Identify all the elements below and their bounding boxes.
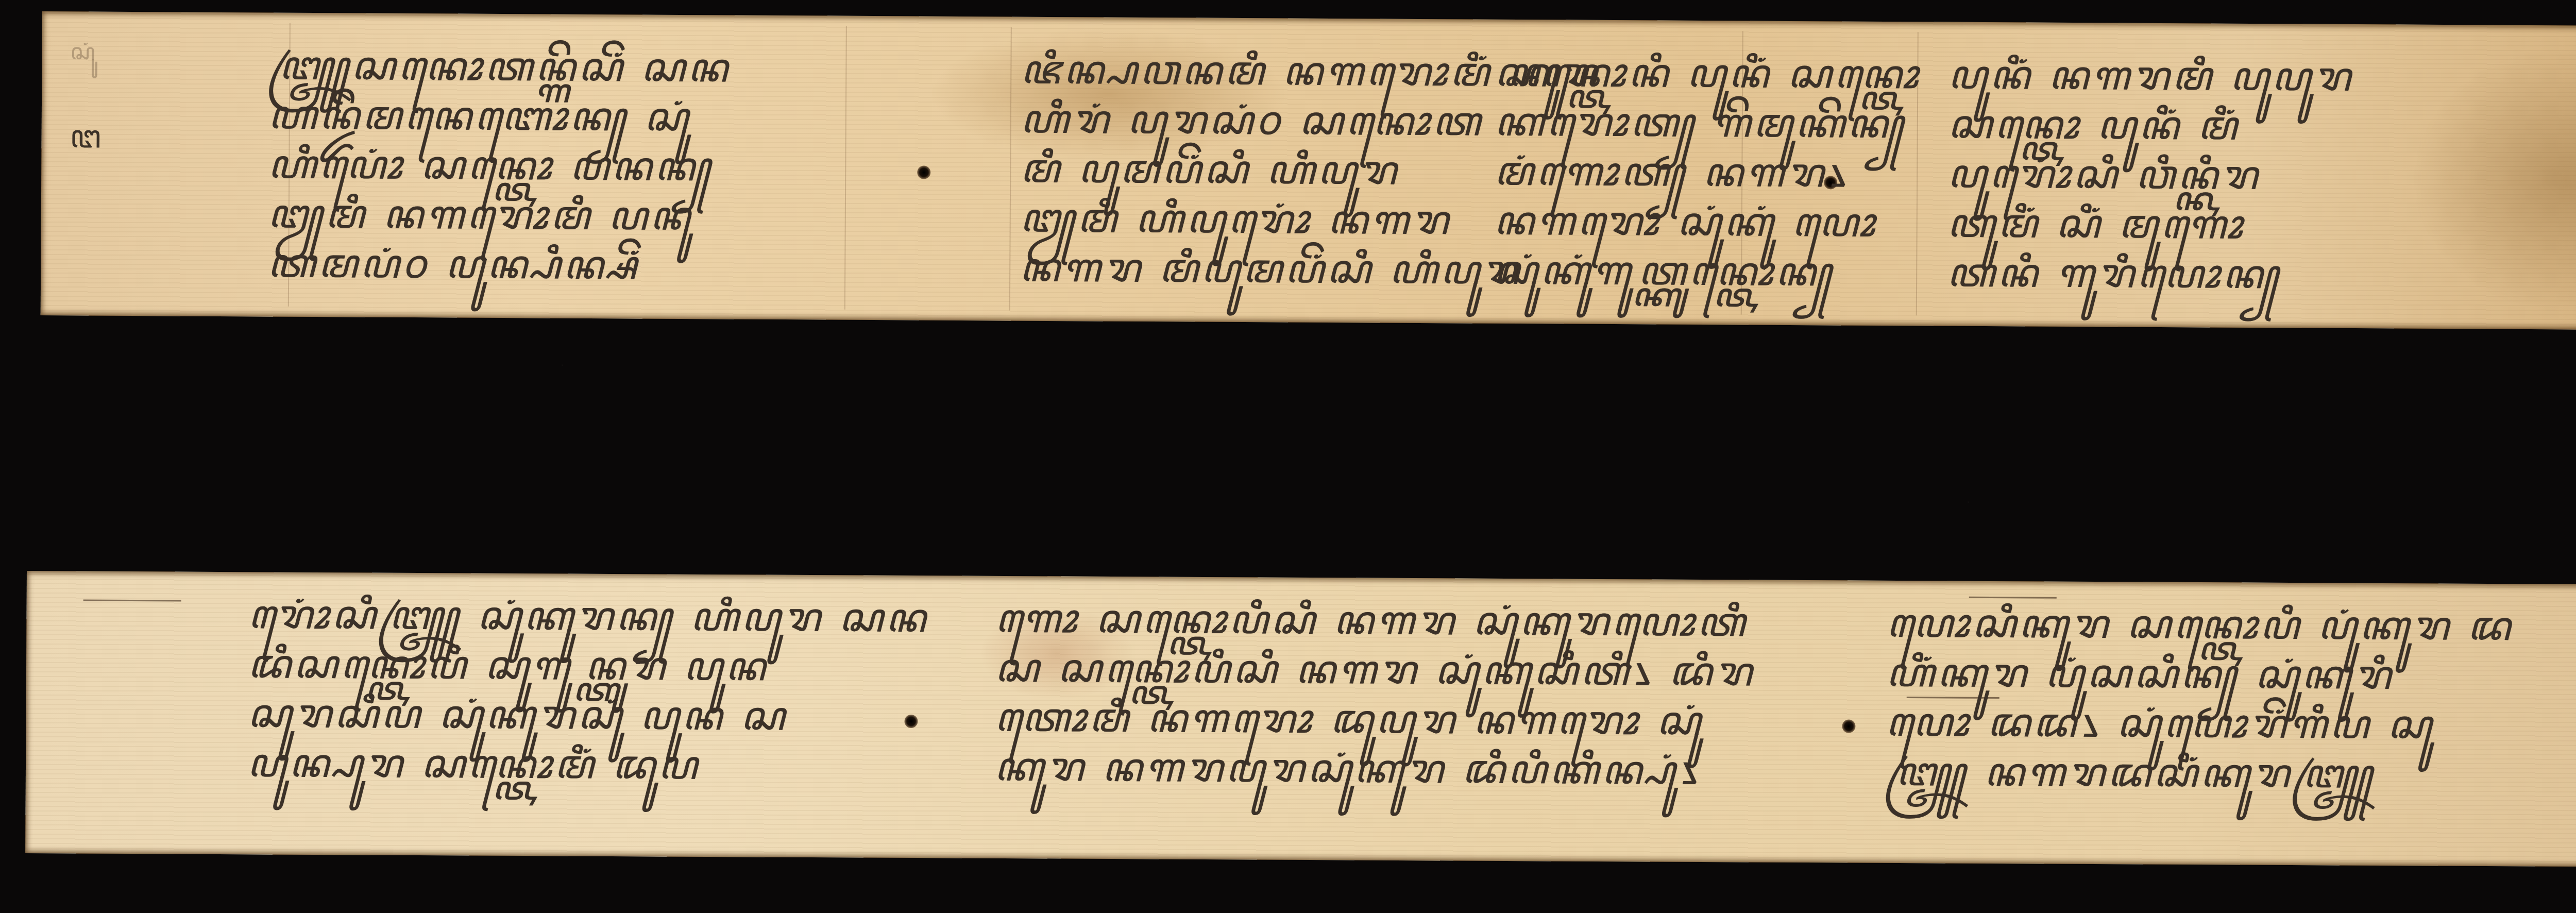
palm-leaf-bottom: ꦫꦺꦴꦁꦱꦶ꧅ ꦱꦸꦁꦏꦸꦫꦤ꧀ ꦲꦶꦥꦸꦫ ꦱꦤ ꦢꦶꦱꦤ꧀ꦠꦺꦴꦥꦶ ꦱꦸꦒ… bbox=[25, 571, 2576, 867]
script-line: ꦱꦸꦫꦱꦶꦥ ꦱꦸꦁꦏꦸꦫꦱꦸꦁ ꦥꦸꦤ ꦱ bbox=[247, 689, 928, 742]
script-line: ꦠꦩꦥꦁ꧆ ꦥꦸꦤ꧀ꦥꦶꦤ꧀ꦱꦼꦁ bbox=[267, 239, 730, 291]
script-line: ꦥꦸꦤ꧀ꦥꦸꦫ ꦱꦤ꧀ꦠꦺꦴꦩꦶꦁ ꦢꦸꦥ bbox=[247, 738, 928, 791]
script-line: ꦲꦤ꧀ꦢꦼꦩꦤꦺꦧꦺꦴꦤ꧀ ꦱꦸꦁ bbox=[268, 90, 731, 142]
leaf-number: ꦔ bbox=[70, 112, 101, 177]
text-column: ꦱꦤ꧀ꦠꦺꦴꦤꦶ ꦥꦸꦤꦶꦁ ꦱꦤ꧀ꦠꦺꦴ ꦏꦫꦺꦴꦠ꧀ ꦒꦼꦩꦸꦏꦼꦤ꧀ ꦩꦁ… bbox=[1494, 48, 1921, 298]
text-column: ꧅ꦱꦤꦺꦴꦠꦤ꧀ꦒꦼꦱꦼꦁ ꦱꦤ ꦲꦤ꧀ꦢꦼꦩꦤꦺꦧꦺꦴꦤ꧀ ꦱꦸꦁ ꦲꦶꦥꦺꦴ… bbox=[267, 41, 731, 291]
script-line: ꦲꦶꦁꦏꦸꦫ ꦥꦸꦁꦱꦱꦶꦤ꧀ ꦱꦸꦁꦏꦸꦫꦶ bbox=[1886, 648, 2513, 701]
script-line: ꦠꦺꦴꦩꦶ ꦤꦒꦫꦺꦴ ꦢꦸꦥꦸꦫ ꦤꦒꦫꦺꦴ ꦱꦸꦁ bbox=[994, 693, 1754, 747]
script-line: ꦥꦸꦫꦺꦴꦁꦱꦶ ꦮꦶꦤ꧀ꦏꦶꦫ bbox=[1947, 149, 2353, 201]
script-line: ꧅ꦱꦤꦺꦴꦠꦤ꧀ꦒꦼꦱꦼꦁ ꦱꦤ bbox=[268, 41, 731, 93]
stain bbox=[2411, 45, 2576, 315]
script-line: ꦏꦫꦺꦴꦠ꧀ ꦒꦼꦩꦸꦏꦼꦤ꧀ bbox=[1495, 97, 1921, 149]
script-line: ꦏꦸꦫ ꦤꦒꦫꦥꦸꦫꦱꦸꦁꦏꦸꦫ ꦢꦶꦥꦶꦏꦶꦤ꧀ꦥꦸꦁ꧈ bbox=[994, 742, 1754, 796]
binding-hole bbox=[1842, 719, 1855, 733]
text-column: ꦥꦸꦤꦶꦁ ꦤꦒꦫꦩꦶ ꦥꦸꦥꦸꦫ ꦱꦤ꧀ꦠꦺꦴ ꦥꦸꦤꦶꦁ ꦩꦶꦁ ꦥꦸꦫꦺꦴ… bbox=[1947, 50, 2353, 300]
ruling-line bbox=[844, 26, 847, 310]
script-line: ꦱꦤ꧀ꦠꦺꦴꦤꦶ ꦥꦸꦤꦶꦁ ꦱꦤ꧀ꦠꦺꦴ bbox=[1495, 48, 1921, 100]
script-line: ꦱꦤ꧀ꦠꦺꦴ ꦥꦸꦤꦶꦁ ꦩꦶꦁ bbox=[1948, 100, 2353, 151]
text-column: ꦫꦺꦴꦁꦱꦶ꧅ ꦱꦸꦁꦏꦸꦫꦤ꧀ ꦲꦶꦥꦸꦫ ꦱꦤ ꦢꦶꦱꦤ꧀ꦠꦺꦴꦥꦶ ꦱꦸꦒ… bbox=[247, 590, 929, 791]
ruling-mark bbox=[83, 600, 181, 602]
script-line: ꦥꦺꦴꦱꦶꦏꦸꦫ ꦱꦤ꧀ꦠꦺꦴꦥꦶ ꦥꦸꦁꦏꦸꦫ ꦢ bbox=[1886, 599, 2513, 651]
script-line: ꧅ ꦤꦒꦫꦢꦱꦶꦁꦏꦸꦫ꧅ bbox=[1886, 747, 2513, 800]
text-column: ꦒꦺꦴ ꦱꦤ꧀ꦠꦺꦴꦥꦶꦱꦶ ꦤꦒꦫ ꦱꦸꦁꦏꦸꦫꦥꦺꦴꦠꦶ ꦱ ꦱꦤ꧀ꦠꦺꦴꦥ… bbox=[994, 594, 1755, 796]
script-line: ꦱꦸꦁꦏꦸꦁꦒꦸꦠ꧀ꦏꦸꦤ꧀ꦠꦺꦴꦤ꧀ bbox=[1494, 246, 1920, 298]
script-line: ꦱ ꦱꦤ꧀ꦠꦺꦴꦥꦶꦱꦶ ꦤꦒꦫ ꦱꦸꦁꦏꦸꦱꦶꦠꦶ꧈ ꦢꦶꦫ bbox=[995, 644, 1755, 697]
script-line: ꦫꦺꦴꦁꦱꦶ꧅ ꦱꦸꦁꦏꦸꦫꦤ꧀ ꦲꦶꦥꦸꦫ ꦱꦤ bbox=[248, 590, 928, 643]
binding-hole bbox=[917, 165, 930, 179]
script-line: ꦩꦁꦒꦺꦴꦠ꧀ ꦤꦒꦫ꧈ bbox=[1494, 147, 1921, 199]
faint-margin-mark: ꦱꦸꦁ bbox=[70, 35, 95, 80]
script-line: ꦢꦶꦱꦤ꧀ꦠꦺꦴꦥꦶ ꦱꦸꦒꦸꦤ꧀ꦠꦸꦫ ꦥꦸꦤ bbox=[248, 639, 928, 692]
script-line: ꦒꦺꦴ ꦱꦤ꧀ꦠꦺꦴꦥꦶꦱꦶ ꦤꦒꦫ ꦱꦸꦁꦏꦸꦫꦥꦺꦴꦠꦶ bbox=[995, 594, 1755, 648]
script-line: ꦠꦤꦶ ꦒꦸꦫꦶꦥꦺꦴꦤ꧀ bbox=[1947, 248, 2352, 300]
script-line: ꦥꦸꦤꦶꦁ ꦤꦒꦫꦩꦶ ꦥꦸꦥꦸꦫ bbox=[1948, 50, 2353, 102]
text-column: ꦥꦺꦴꦱꦶꦏꦸꦫ ꦱꦤ꧀ꦠꦺꦴꦥꦶ ꦥꦸꦁꦏꦸꦫ ꦢ ꦲꦶꦁꦏꦸꦫ ꦥꦸꦁꦱꦱꦶ… bbox=[1886, 599, 2514, 800]
script-line: ꦲꦶꦥꦺꦴꦁ ꦱꦤ꧀ꦠꦺꦴ ꦥꦤꦤ꧀ bbox=[268, 140, 730, 192]
palm-leaf-top: ꦱꦸꦁ ꦔ ꧅ꦱꦤꦺꦴꦠꦤ꧀ꦒꦼꦱꦼꦁ ꦱꦤ ꦲꦤ꧀ꦢꦼꦩꦤꦺꦧꦺꦴꦤ꧀ ꦱꦸꦁ… bbox=[41, 11, 2576, 330]
script-line: ꦤꦒꦫꦺꦴ ꦱꦸꦁꦏꦸꦁ ꦥꦺꦴ bbox=[1494, 196, 1921, 248]
script-line: ꦔꦾꦩꦶ ꦤꦒꦫꦺꦴꦩꦶ ꦥꦤꦸ bbox=[268, 189, 730, 241]
ruling-mark bbox=[1969, 597, 2057, 599]
script-line: ꦠꦸꦩꦶꦁ ꦱꦶꦁ ꦩꦸꦒꦺꦴ bbox=[1947, 199, 2352, 250]
script-line: ꦥꦺꦴ ꦢꦢ꧈ ꦱꦸꦁꦥꦺꦴꦫꦼꦁꦒꦶꦥ ꦱꦸ bbox=[1886, 698, 2513, 750]
